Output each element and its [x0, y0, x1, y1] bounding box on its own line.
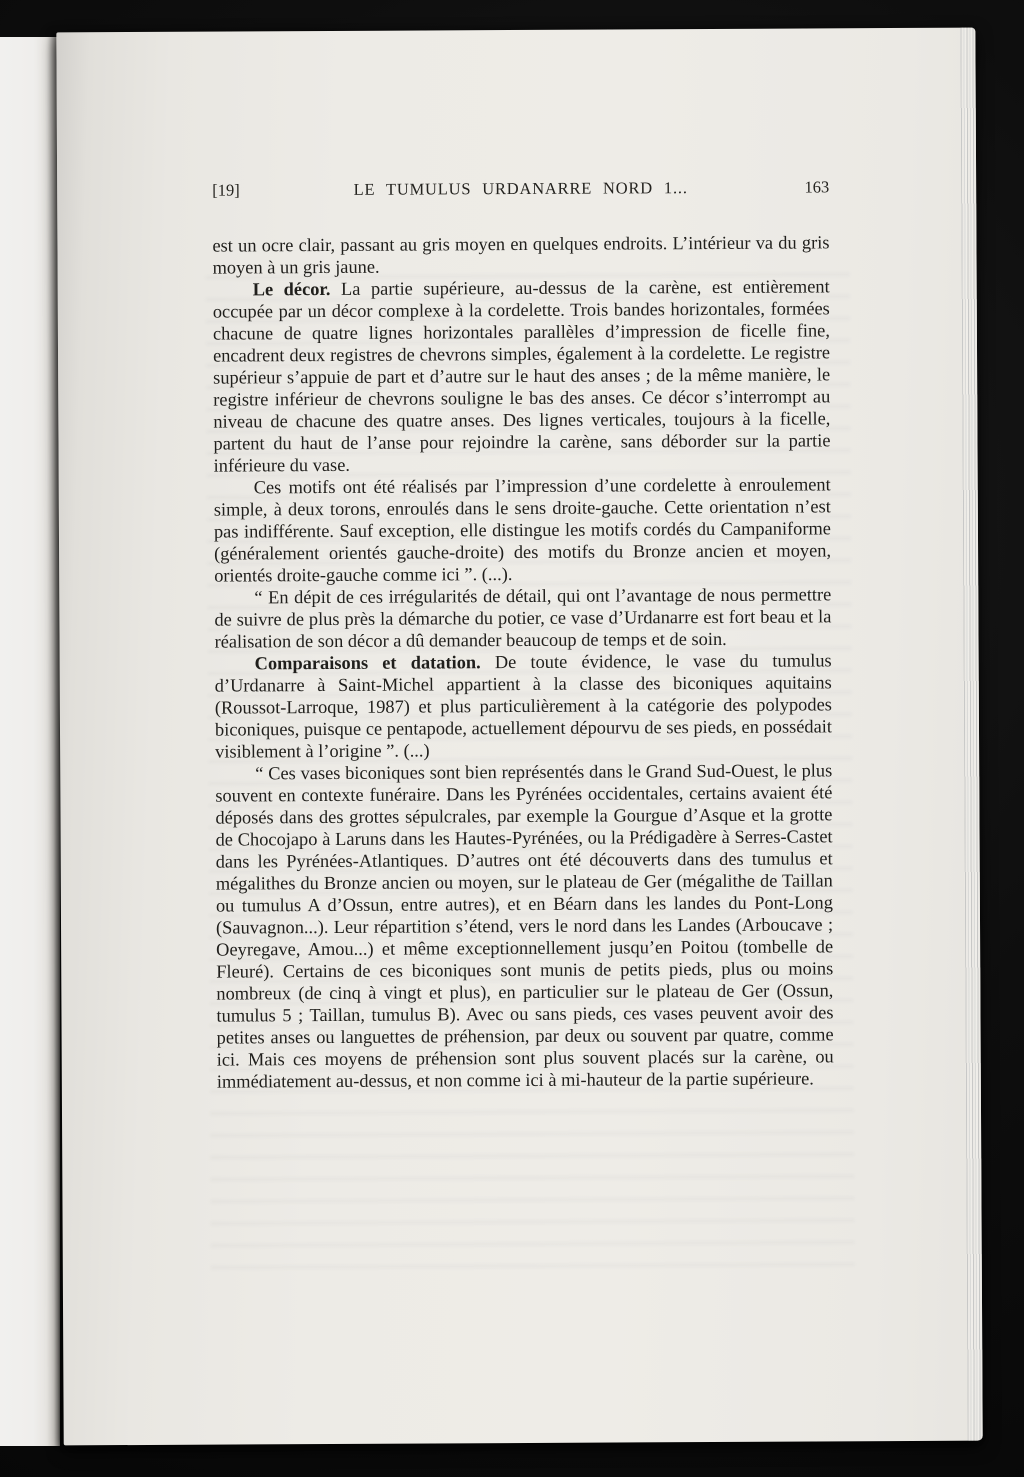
paragraph: Ces motifs ont été réalisés par l’impres… — [214, 473, 832, 586]
paragraph-text: Ces motifs ont été réalisés par l’impres… — [214, 474, 831, 585]
paragraph-lead: Le décor. — [253, 279, 331, 299]
paragraph-text: La partie supérieure, au-dessus de la ca… — [213, 276, 831, 475]
page-header: [19] LE TUMULUS URDANARRE NORD 1... 163 — [212, 177, 829, 200]
article-section-number: [19] — [212, 180, 287, 200]
paragraph: Le décor. La partie supérieure, au-dessu… — [213, 275, 831, 476]
paragraph: “ En dépit de ces irrégularités de détai… — [214, 583, 831, 652]
book-page: [19] LE TUMULUS URDANARRE NORD 1... 163 … — [56, 28, 982, 1446]
text-block: est un ocre clair, passant au gris moyen… — [212, 231, 833, 1092]
paragraph: “ Ces vases biconiques sont bien représe… — [215, 759, 834, 1092]
page-stack-edge — [960, 28, 982, 1441]
paragraph: est un ocre clair, passant au gris moyen… — [212, 231, 829, 278]
paragraph-lead: Comparaisons et datation. — [255, 652, 481, 673]
paragraph: Comparaisons et datation. De toute évide… — [215, 649, 833, 762]
paragraph-text: est un ocre clair, passant au gris moyen… — [212, 232, 829, 277]
running-title: LE TUMULUS URDANARRE NORD 1... — [287, 178, 754, 200]
paragraph-text: “ En dépit de ces irrégularités de détai… — [214, 584, 831, 651]
facing-page-edge — [0, 37, 60, 1446]
paragraph-text: “ Ces vases biconiques sont bien représe… — [215, 760, 833, 1091]
page-number: 163 — [754, 177, 829, 197]
photo-backdrop: { "header": { "bracket_number": "[19]", … — [0, 0, 1024, 1477]
